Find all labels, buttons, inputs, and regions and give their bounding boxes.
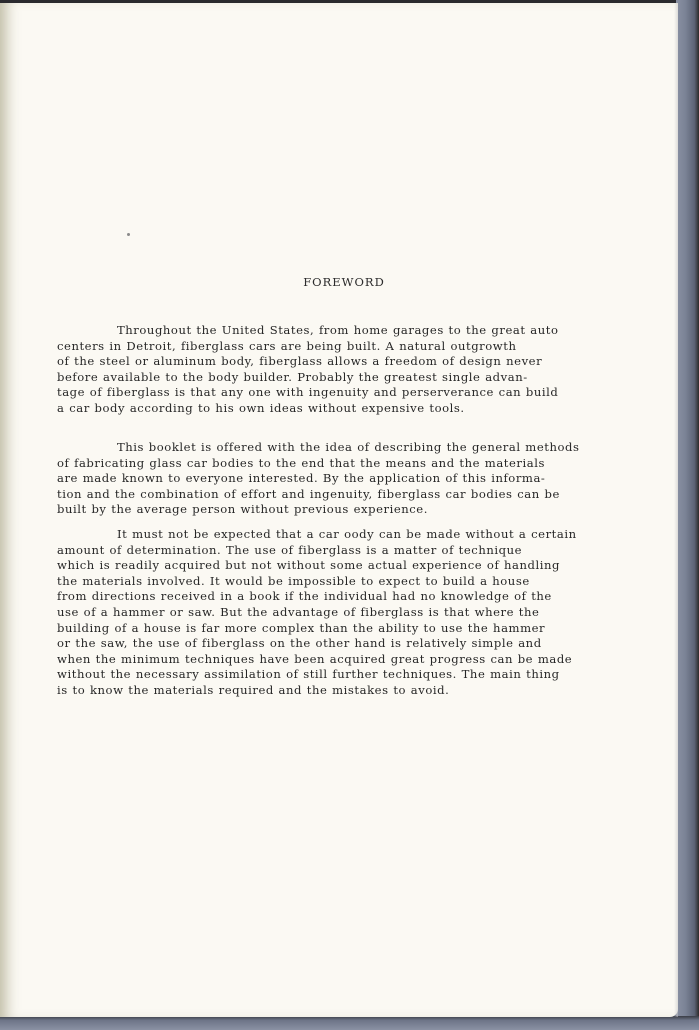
text-line: tage of fiberglass is that any one with … (57, 385, 657, 401)
text-line: without the necessary assimilation of st… (57, 667, 657, 683)
text-line: are made known to everyone interested. B… (57, 471, 657, 487)
text-line: or the saw, the use of fiberglass on the… (57, 636, 657, 652)
text-line: of fabricating glass car bodies to the e… (57, 456, 657, 472)
text-line: amount of determination. The use of fibe… (57, 543, 657, 559)
paragraph-1: Throughout the United States, from home … (57, 323, 657, 417)
text-line: which is readily acquired but not withou… (57, 558, 657, 574)
text-line: the materials involved. It would be impo… (57, 574, 657, 590)
text-line: is to know the materials required and th… (57, 683, 657, 699)
scan-backdrop-bottom (0, 1016, 699, 1030)
text-line: centers in Detroit, fiberglass cars are … (57, 339, 657, 355)
text-line: This booklet is offered with the idea of… (57, 440, 657, 456)
booklet-page: FOREWORD Throughout the United States, f… (0, 3, 678, 1017)
paper-speck (127, 233, 130, 236)
text-line: use of a hammer or saw. But the advantag… (57, 605, 657, 621)
paragraph-2: This booklet is offered with the idea of… (57, 440, 657, 518)
page-title: FOREWORD (0, 275, 688, 289)
text-line: tion and the combination of effort and i… (57, 487, 657, 503)
text-line: from directions received in a book if th… (57, 589, 657, 605)
text-line: before available to the body builder. Pr… (57, 370, 657, 386)
text-line: It must not be expected that a car oody … (57, 527, 657, 543)
text-line: when the minimum techniques have been ac… (57, 652, 657, 668)
paragraph-3: It must not be expected that a car oody … (57, 527, 657, 699)
text-line: building of a house is far more complex … (57, 621, 657, 637)
text-line: of the steel or aluminum body, fiberglas… (57, 354, 657, 370)
scan-backdrop-right (676, 0, 699, 1030)
text-line: Throughout the United States, from home … (57, 323, 657, 339)
text-line: built by the average person without prev… (57, 502, 657, 518)
text-line: a car body according to his own ideas wi… (57, 401, 657, 417)
